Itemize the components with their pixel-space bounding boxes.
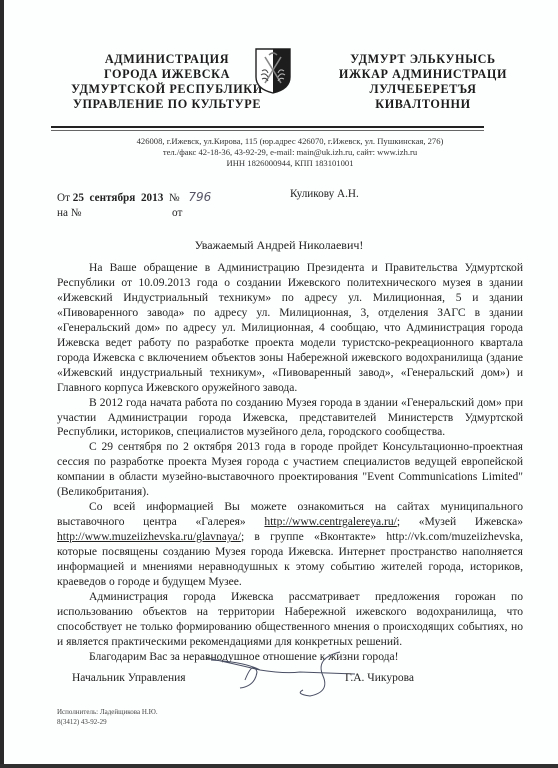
paragraph: Администрация города Ижевска рассматрива…: [57, 590, 523, 650]
handwritten-signature: [205, 650, 355, 705]
handwritten-number: 796: [188, 190, 211, 204]
link-centrgalereya[interactable]: http://www.centrgalereya.ru/: [264, 516, 396, 528]
number-label: №: [169, 192, 180, 204]
date-day: 25: [73, 192, 84, 204]
letter-body: На Ваше обращение в Администрацию Презид…: [57, 261, 523, 665]
header-rule-thick: [51, 126, 484, 128]
signatory-name: Г.А. Чикурова: [345, 672, 414, 684]
reply-from-label: от: [172, 207, 182, 219]
link-muzeiizhevska[interactable]: http://www.muzeiizhevska.ru/glavnaya/: [57, 531, 241, 543]
signatory-role: Начальник Управления: [72, 672, 186, 684]
org-line: ИЖКАР АДМИНИСТРАЦИ: [328, 67, 518, 82]
tax-ids-line: ИНН 1826000944, КПП 183101001: [120, 158, 460, 169]
org-line: УПРАВЛЕНИЕ ПО КУЛЬТУРЕ: [62, 97, 272, 112]
date-year: 2013: [141, 192, 163, 204]
paragraph: В 2012 года начата работа по созданию Му…: [57, 396, 523, 441]
org-name-udmurt: УДМУРТ ЭЛЬКУНЫСЬ ИЖКАР АДМИНИСТРАЦИ ЛУЛЧ…: [328, 52, 518, 112]
greeting: Уважаемый Андрей Николаевич!: [0, 238, 558, 253]
org-line: УДМУРТ ЭЛЬКУНЫСЬ: [328, 52, 518, 67]
paragraph: С 29 сентября по 2 октября 2013 года в г…: [57, 440, 523, 500]
executor-phone: 8(3412) 43-92-29: [57, 718, 158, 728]
contact-block: 426008, г.Ижевск, ул.Кирова, 115 (юр.адр…: [120, 136, 460, 169]
scan-edge-bottom: [0, 764, 558, 768]
text: ; «Музей Ижевска»: [397, 516, 523, 528]
scan-edge-left: [0, 0, 4, 768]
org-line: КИВАЛТОННИ: [328, 97, 518, 112]
from-label: От: [57, 192, 70, 204]
recipient: Куликову А.Н.: [290, 188, 359, 200]
phone-line: тел./факс 42-18-36, 43-92-29, e-mail: ma…: [120, 147, 460, 158]
header-rule-thin: [51, 130, 484, 131]
org-name-russian: АДМИНИСТРАЦИЯ ГОРОДА ИЖЕВСКА УДМУРТСКОЙ …: [62, 52, 272, 112]
reply-number-label: на №: [57, 207, 81, 219]
date-month: сентября: [90, 192, 136, 204]
org-line: АДМИНИСТРАЦИЯ: [62, 52, 272, 67]
paragraph: На Ваше обращение в Администрацию Презид…: [57, 261, 523, 396]
coat-of-arms-icon: [254, 47, 292, 95]
outgoing-date-line: От 25 сентября 2013 № 796: [57, 190, 211, 204]
address-line: 426008, г.Ижевск, ул.Кирова, 115 (юр.адр…: [120, 136, 460, 147]
org-line: ЛУЛЧЕБЕРЕТЪЯ: [328, 82, 518, 97]
org-line: УДМУРТСКОЙ РЕСПУБЛИКИ: [62, 82, 272, 97]
executor-block: Исполнитель: Ладейщикова Н.Ю. 8(3412) 43…: [57, 708, 158, 727]
paragraph: Со всей информацией Вы можете ознакомить…: [57, 500, 523, 590]
org-line: ГОРОДА ИЖЕВСКА: [62, 67, 272, 82]
executor-name: Исполнитель: Ладейщикова Н.Ю.: [57, 708, 158, 718]
